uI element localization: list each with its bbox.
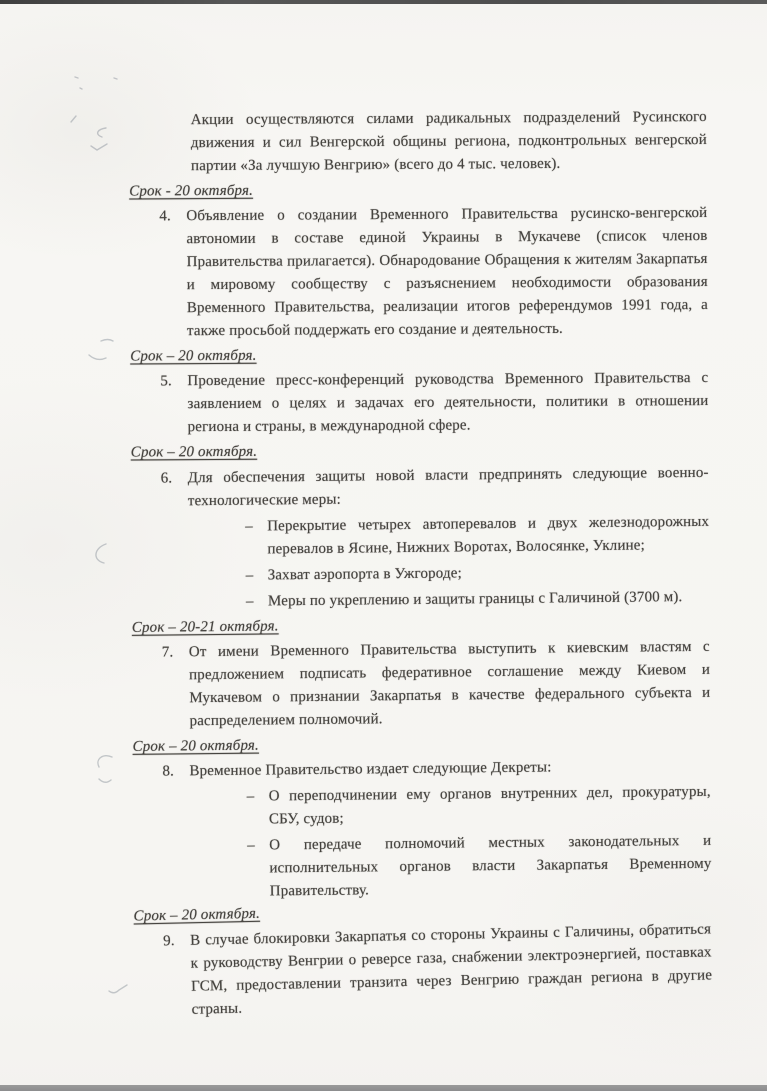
dash-bullet: – bbox=[246, 590, 268, 613]
item-number: 4. bbox=[159, 205, 187, 343]
dash-bullet: – bbox=[245, 515, 267, 561]
scanned-document-page: Акции осуществляются силами радикальных … bbox=[0, 0, 767, 1091]
deadline-heading: Срок - 20 октября. bbox=[129, 177, 767, 204]
dash-bullet: – bbox=[247, 785, 269, 831]
dash-bullet: – bbox=[246, 564, 268, 587]
list-item-9: 9. В случае блокировки Закарпатья со сто… bbox=[163, 918, 713, 1022]
scan-edge-bottom bbox=[0, 1085, 767, 1091]
document-content: Акции осуществляются силами радикальных … bbox=[0, 0, 767, 1023]
deadline-heading: Срок – 20 октября. bbox=[131, 438, 767, 465]
item-text: Проведение пресс-конференций руководства… bbox=[187, 367, 708, 439]
list-item-4: 4. Объявление о создании Временного Прав… bbox=[159, 202, 708, 343]
deadline-heading: Срок – 20 октября. bbox=[130, 342, 767, 369]
deadline-text: Срок – 20-21 октября. bbox=[132, 618, 279, 636]
deadline-text: Срок – 20 октября. bbox=[131, 444, 257, 461]
item-text: В случае блокировки Закарпатья со сторон… bbox=[190, 918, 713, 1021]
sub-item-text: Захват аэропорта в Ужгороде; bbox=[268, 560, 710, 588]
deadline-text: Срок – 20 октября. bbox=[133, 906, 260, 925]
item-number: 5. bbox=[160, 370, 187, 439]
item-number: 6. bbox=[161, 467, 190, 614]
sub-item: – О передаче полномочий местных законода… bbox=[247, 830, 712, 904]
list-item-8: 8. Временное Правительство издает следую… bbox=[162, 755, 711, 905]
list-item-5: 5. Проведение пресс-конференций руководс… bbox=[160, 367, 708, 439]
item-text: От имени Временного Правительства выступ… bbox=[189, 636, 711, 733]
dash-bullet: – bbox=[247, 834, 270, 903]
item-text: Объявление о создании Временного Правите… bbox=[186, 202, 708, 343]
item-text: Для обеспечения защиты новой власти пред… bbox=[188, 462, 709, 513]
sub-item: – Меры по укреплению и защиты границы с … bbox=[246, 586, 710, 614]
list-item-7: 7. От имени Временного Правительства выс… bbox=[162, 636, 711, 734]
item-number: 8. bbox=[162, 760, 191, 904]
item-number: 9. bbox=[163, 930, 192, 1023]
list-item-6: 6. Для обеспечения защиты новой власти п… bbox=[161, 462, 711, 615]
sub-item: – Перекрытие четырех автоперевалов и дву… bbox=[245, 511, 709, 562]
sub-item: – Захват аэропорта в Ужгороде; bbox=[246, 560, 710, 588]
sub-item-text: О переподчинении ему органов внутренних … bbox=[269, 781, 711, 832]
sub-item-text: Меры по укреплению и защиты границы с Га… bbox=[268, 586, 710, 614]
item-text: Временное Правительство издает следующие… bbox=[189, 755, 710, 783]
sub-item: – О переподчинении ему органов внутренни… bbox=[247, 781, 711, 832]
deadline-text: Срок - 20 октября. bbox=[129, 183, 253, 200]
sub-item-text: О передаче полномочий местных законодате… bbox=[269, 830, 712, 904]
item-number: 7. bbox=[162, 641, 190, 733]
deadline-text: Срок – 20 октября. bbox=[130, 348, 256, 365]
sub-item-text: Перекрытие четырех автоперевалов и двух … bbox=[267, 511, 709, 562]
deadline-text: Срок – 20 октября. bbox=[132, 738, 259, 755]
intro-paragraph: Акции осуществляются силами радикальных … bbox=[191, 106, 707, 178]
